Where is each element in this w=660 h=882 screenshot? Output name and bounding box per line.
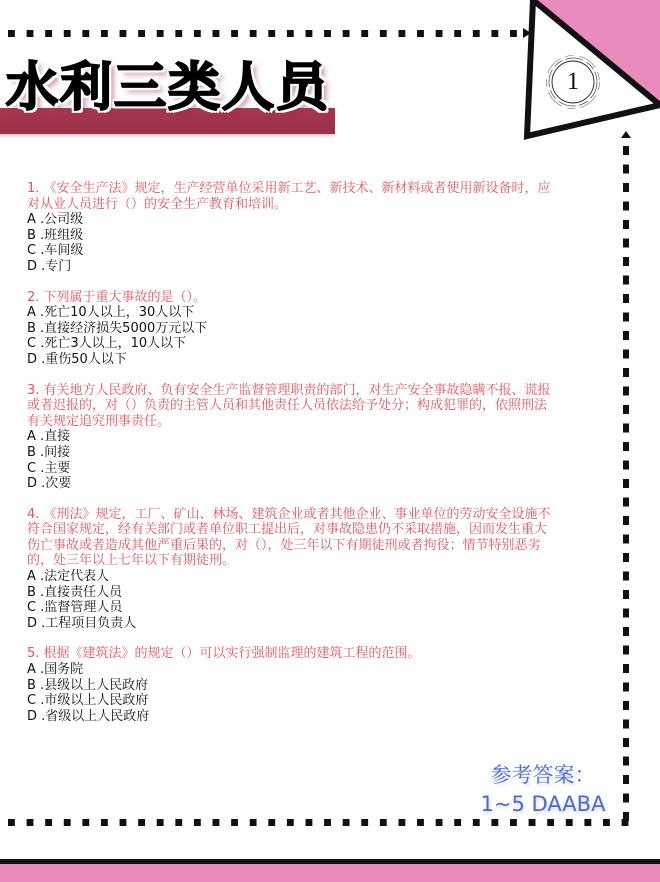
question-stem-line: 的，处三年以上七年以下有期徒刑。	[27, 553, 607, 569]
title-underline-shadow	[0, 133, 335, 139]
question-stem-line: 伤亡事故或者造成其他严重后果的，对（），处三年以下有期徒刑或者拘役；情节特别恶劣	[27, 538, 607, 554]
question-stem-line: 3. 有关地方人民政府、负有安全生产监督管理职责的部门，对生产安全事故隐瞒不报、…	[27, 383, 607, 399]
option-b: B .直接责任人员	[27, 585, 607, 601]
question-4: 4. 《刑法》规定，工厂、矿山、林场、建筑企业或者其他企业、事业单位的劳动安全设…	[27, 507, 607, 632]
question-stem-line: 有关规定追究刑事责任。	[27, 414, 607, 430]
option-c: C .市级以上人民政府	[27, 693, 607, 709]
option-b: B .班组级	[27, 228, 607, 244]
question-1: 1. 《安全生产法》规定，生产经营单位采用新工艺、新技术、新材料或者使用新设备时…	[27, 181, 607, 275]
question-stem-line: 符合国家规定，经有关部门或者单位职工提出后，对事故隐患仍不采取措施，因而发生重大	[27, 522, 607, 538]
option-a: A .直接	[27, 429, 607, 445]
right-dotted-border	[623, 146, 629, 826]
page-badge-number: 1	[560, 68, 586, 96]
question-2: 2. 下列属于重大事故的是（）。 A .死亡10人以上，30人以下 B .直接经…	[27, 290, 607, 368]
option-b: B .直接经济损失5000万元以下	[27, 321, 607, 337]
option-b: B .县级以上人民政府	[27, 678, 607, 694]
option-a: A .国务院	[27, 662, 607, 678]
question-stem-line: 或者迟报的，对（）负责的主管人员和其他责任人员依法给予处分；构成犯罪的，依照刑法	[27, 398, 607, 414]
option-b: B .间接	[27, 445, 607, 461]
question-list: 1. 《安全生产法》规定，生产经营单位采用新工艺、新技术、新材料或者使用新设备时…	[27, 181, 607, 739]
option-d: D .工程项目负责人	[27, 616, 607, 632]
page-title: 水利三类人员	[6, 58, 330, 118]
answer-key-label: 参考答案：	[468, 761, 618, 790]
bottom-pink-band	[0, 864, 660, 882]
question-3: 3. 有关地方人民政府、负有安全生产监督管理职责的部门，对生产安全事故隐瞒不报、…	[27, 383, 607, 492]
option-c: C .死亡3人以上，10人以下	[27, 336, 607, 352]
bottom-dotted-border	[8, 819, 630, 826]
option-c: C .监督管理人员	[27, 600, 607, 616]
option-a: A .公司级	[27, 212, 607, 228]
option-d: D .重伤50人以下	[27, 352, 607, 368]
answer-key-value: 1~5 DAABA	[468, 790, 618, 819]
option-d: D .专门	[27, 259, 607, 275]
question-stem-line: 4. 《刑法》规定，工厂、矿山、林场、建筑企业或者其他企业、事业单位的劳动安全设…	[27, 507, 607, 523]
option-d: D .次要	[27, 476, 607, 492]
question-stem-line: 1. 《安全生产法》规定，生产经营单位采用新工艺、新技术、新材料或者使用新设备时…	[27, 181, 607, 197]
option-a: A .死亡10人以上，30人以下	[27, 305, 607, 321]
question-5: 5. 根据《建筑法》的规定（）可以实行强制监理的建筑工程的范围。 A .国务院 …	[27, 646, 607, 724]
question-stem-line: 2. 下列属于重大事故的是（）。	[27, 290, 607, 306]
question-stem-line: 5. 根据《建筑法》的规定（）可以实行强制监理的建筑工程的范围。	[27, 646, 607, 662]
option-d: D .省级以上人民政府	[27, 709, 607, 725]
top-dotted-border	[8, 30, 520, 37]
answer-key: 参考答案： 1~5 DAABA	[468, 761, 618, 819]
option-a: A .法定代表人	[27, 569, 607, 585]
option-c: C .主要	[27, 461, 607, 477]
option-c: C .车间级	[27, 243, 607, 259]
question-stem-line: 对从业人员进行（）的安全生产教育和培训。	[27, 197, 607, 213]
